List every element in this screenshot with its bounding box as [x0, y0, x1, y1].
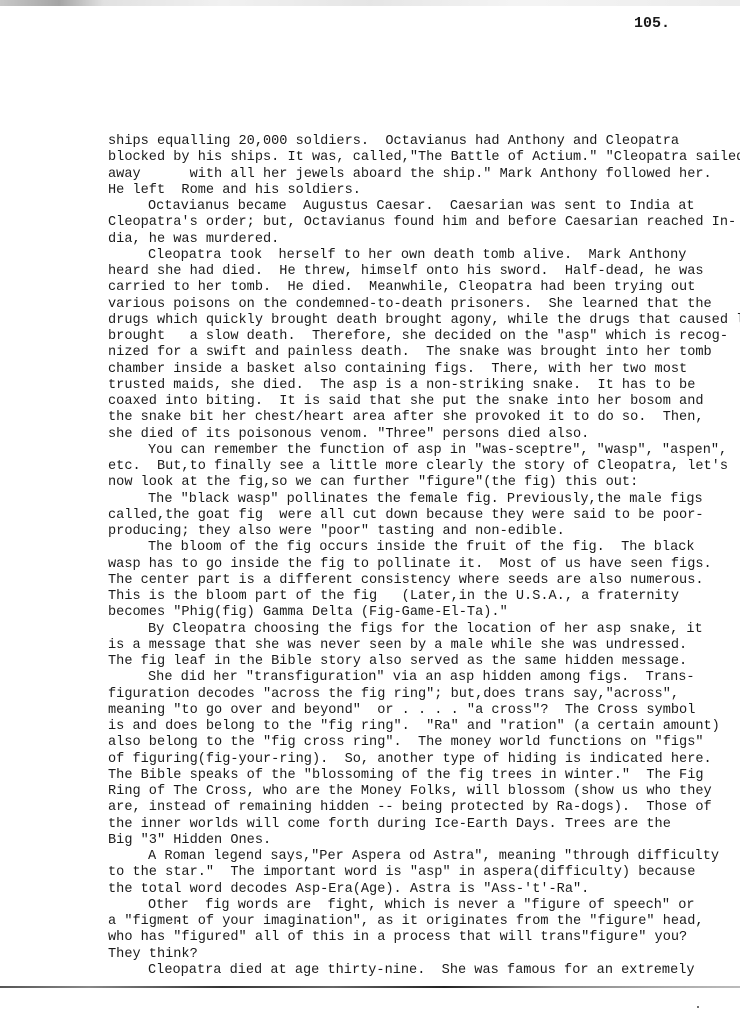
text-line: She did her "transfiguration" via an asp… — [108, 670, 740, 686]
page-bottom-rule — [0, 986, 740, 988]
text-line: of figuring(fig-your-ring). So, another … — [108, 752, 740, 768]
text-line: is a message that she was never seen by … — [108, 638, 740, 654]
document-body: ships equalling 20,000 soldiers. Octavia… — [108, 134, 740, 979]
text-line: producing; they also were "poor" tasting… — [108, 524, 740, 540]
text-line: The fig leaf in the Bible story also ser… — [108, 654, 740, 670]
text-line: coaxed into biting. It is said that she … — [108, 394, 740, 410]
text-line: Big "3" Hidden Ones. — [108, 833, 740, 849]
text-line: called,the goat fig were all cut down be… — [108, 508, 740, 524]
text-line: heard she had died. He threw, himself on… — [108, 264, 740, 280]
text-line: becomes "Phig(fig) Gamma Delta (Fig-Game… — [108, 605, 740, 621]
text-line: Octavianus became Augustus Caesar. Caesa… — [108, 199, 740, 215]
scan-speck — [697, 1006, 699, 1008]
text-line: meaning "to go over and beyond" or . . .… — [108, 703, 740, 719]
text-line: to the star." The important word is "asp… — [108, 865, 740, 881]
text-line: she died of its poisonous venom. "Three"… — [108, 427, 740, 443]
text-line: brought a slow death. Therefore, she dec… — [108, 329, 740, 345]
text-line: He left Rome and his soldiers. — [108, 183, 740, 199]
text-line: Ring of The Cross, who are the Money Fol… — [108, 784, 740, 800]
text-line: Cleopatra's order; but, Octavianus found… — [108, 215, 740, 231]
text-line: dia, he was murdered. — [108, 232, 740, 248]
text-line: Other fig words are fight, which is neve… — [108, 898, 740, 914]
text-line: You can remember the function of asp in … — [108, 443, 740, 459]
text-line: now look at the fig,so we can further "f… — [108, 475, 740, 491]
text-line: away with all her jewels aboard the ship… — [108, 167, 740, 183]
scan-speck — [177, 920, 179, 922]
scan-edge-artifact — [0, 0, 740, 6]
text-line: various poisons on the condemned-to-deat… — [108, 297, 740, 313]
text-line: who has "figured" all of this in a proce… — [108, 930, 740, 946]
text-line: ships equalling 20,000 soldiers. Octavia… — [108, 134, 740, 150]
text-line: is and does belong to the "fig ring". "R… — [108, 719, 740, 735]
text-line: the inner worlds will come forth during … — [108, 817, 740, 833]
page-number: 105. — [634, 15, 670, 32]
text-line: figuration decodes "across the fig ring"… — [108, 687, 740, 703]
text-line: are, instead of remaining hidden -- bein… — [108, 800, 740, 816]
text-line: drugs which quickly brought death brough… — [108, 313, 740, 329]
text-line: Cleopatra died at age thirty-nine. She w… — [108, 963, 740, 979]
text-line: chamber inside a basket also containing … — [108, 362, 740, 378]
text-line: A Roman legend says,"Per Aspera od Astra… — [108, 849, 740, 865]
text-line: They think? — [108, 947, 740, 963]
text-line: the total word decodes Asp-Era(Age). Ast… — [108, 882, 740, 898]
text-line: This is the bloom part of the fig (Later… — [108, 589, 740, 605]
text-line: The "black wasp" pollinates the female f… — [108, 492, 740, 508]
text-line: Cleopatra took herself to her own death … — [108, 248, 740, 264]
text-line: a "figment of your imagination", as it o… — [108, 914, 740, 930]
text-line: the snake bit her chest/heart area after… — [108, 410, 740, 426]
text-line: etc. But,to finally see a little more cl… — [108, 459, 740, 475]
text-line: blocked by his ships. It was, called,"Th… — [108, 150, 740, 166]
text-line: carried to her tomb. He died. Meanwhile,… — [108, 280, 740, 296]
text-line: trusted maids, she died. The asp is a no… — [108, 378, 740, 394]
text-line: also belong to the "fig cross ring". The… — [108, 735, 740, 751]
text-line: nized for a swift and painless death. Th… — [108, 345, 740, 361]
text-line: The center part is a different consisten… — [108, 573, 740, 589]
text-line: wasp has to go inside the fig to pollina… — [108, 557, 740, 573]
text-line: The Bible speaks of the "blossoming of t… — [108, 768, 740, 784]
text-line: By Cleopatra choosing the figs for the l… — [108, 622, 740, 638]
text-line: The bloom of the fig occurs inside the f… — [108, 540, 740, 556]
